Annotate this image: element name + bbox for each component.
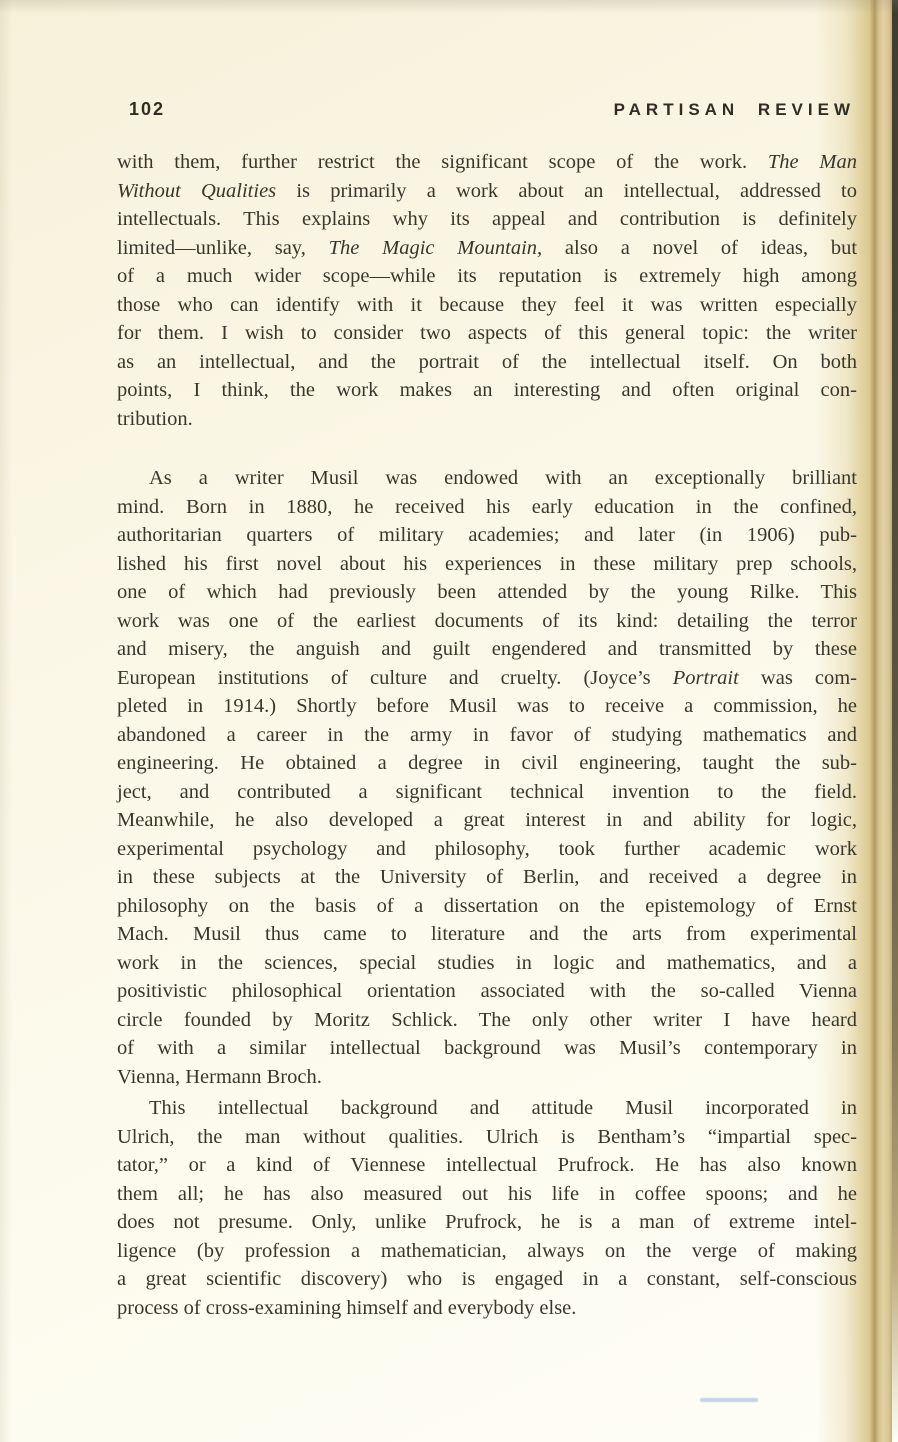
regular-text: experimental psychology and philosophy, … xyxy=(117,838,857,860)
text-line: intellectuals. This explains why its app… xyxy=(117,205,857,234)
book-edge-dark-strip xyxy=(892,0,898,1442)
paragraph: with them, further restrict the signific… xyxy=(117,148,857,433)
regular-text: limited—unlike, say, xyxy=(117,237,329,259)
page-number: 102 xyxy=(117,99,165,120)
paragraph: As a writer Musil was endowed with an ex… xyxy=(117,464,857,1091)
article-text: with them, further restrict the signific… xyxy=(117,148,857,1322)
italic-text: Portrait xyxy=(673,667,739,689)
regular-text: points, I think, the work makes an inter… xyxy=(117,379,857,401)
text-line: does not presume. Only, unlike Prufrock,… xyxy=(117,1208,857,1237)
regular-text: of a much wider scope—while its reputati… xyxy=(117,265,857,287)
text-line: positivistic philosophical orientation a… xyxy=(117,977,857,1006)
text-line: This intellectual background and attitud… xyxy=(117,1094,857,1123)
regular-text: Meanwhile, he also developed a great int… xyxy=(117,809,857,831)
text-line: Vienna, Hermann Broch. xyxy=(117,1063,857,1092)
regular-text: As a writer Musil was endowed with an ex… xyxy=(149,467,857,489)
regular-text: in these subjects at the University of B… xyxy=(117,866,857,888)
regular-text: a great scientific discovery) who is eng… xyxy=(117,1268,857,1290)
text-line: tator,” or a kind of Viennese intellectu… xyxy=(117,1151,857,1180)
regular-text: mind. Born in 1880, he received his earl… xyxy=(117,496,857,518)
regular-text: was com- xyxy=(739,667,857,689)
regular-text: This intellectual background and attitud… xyxy=(149,1097,857,1119)
regular-text: is primarily a work about an intellectua… xyxy=(276,180,857,202)
regular-text: European institutions of culture and cru… xyxy=(117,667,673,689)
text-line: engineering. He obtained a degree in civ… xyxy=(117,749,857,778)
text-line: ligence (by profession a mathematician, … xyxy=(117,1237,857,1266)
regular-text: work in the sciences, special studies in… xyxy=(117,952,857,974)
regular-text: intellectuals. This explains why its app… xyxy=(117,208,857,230)
regular-text: authoritarian quarters of military acade… xyxy=(117,524,857,546)
regular-text: pleted in 1914.) Shortly before Musil wa… xyxy=(117,695,857,717)
text-line: abandoned a career in the army in favor … xyxy=(117,721,857,750)
text-line: Without Qualities is primarily a work ab… xyxy=(117,177,857,206)
regular-text: work was one of the earliest documents o… xyxy=(117,610,857,632)
page-edge-band xyxy=(870,0,892,1442)
scan-left-shadow xyxy=(0,0,12,1442)
journal-title: PARTISAN REVIEW xyxy=(614,100,855,120)
text-line: and misery, the anguish and guilt engend… xyxy=(117,635,857,664)
regular-text: circle founded by Moritz Schlick. The on… xyxy=(117,1009,857,1031)
text-line: them all; he has also measured out his l… xyxy=(117,1180,857,1209)
text-line: points, I think, the work makes an inter… xyxy=(117,376,857,405)
regular-text: ligence (by profession a mathematician, … xyxy=(117,1240,857,1262)
text-line: circle founded by Moritz Schlick. The on… xyxy=(117,1006,857,1035)
text-line: work was one of the earliest documents o… xyxy=(117,607,857,636)
regular-text: engineering. He obtained a degree in civ… xyxy=(117,752,857,774)
text-line: Meanwhile, he also developed a great int… xyxy=(117,806,857,835)
scan-top-shadow xyxy=(0,0,898,14)
text-line: of with a similar intellectual backgroun… xyxy=(117,1034,857,1063)
text-line: as an intellectual, and the portrait of … xyxy=(117,348,857,377)
regular-text: Ulrich, the man without qualities. Ulric… xyxy=(117,1126,857,1148)
regular-text: tator,” or a kind of Viennese intellectu… xyxy=(117,1154,857,1176)
text-line: process of cross-examining himself and e… xyxy=(117,1294,857,1323)
text-line: experimental psychology and philosophy, … xyxy=(117,835,857,864)
text-line: lished his first novel about his experie… xyxy=(117,550,857,579)
text-line: ject, and contributed a significant tech… xyxy=(117,778,857,807)
regular-text: positivistic philosophical orientation a… xyxy=(117,980,857,1002)
text-line: those who can identify with it because t… xyxy=(117,291,857,320)
regular-text: ject, and contributed a significant tech… xyxy=(117,781,857,803)
regular-text: of with a similar intellectual backgroun… xyxy=(117,1037,857,1059)
regular-text: abandoned a career in the army in favor … xyxy=(117,724,857,746)
text-line: with them, further restrict the signific… xyxy=(117,148,857,177)
text-line: work in the sciences, special studies in… xyxy=(117,949,857,978)
text-line: pleted in 1914.) Shortly before Musil wa… xyxy=(117,692,857,721)
text-line: limited—unlike, say, The Magic Mountain,… xyxy=(117,234,857,263)
text-line: Mach. Musil thus came to literature and … xyxy=(117,920,857,949)
text-line: a great scientific discovery) who is eng… xyxy=(117,1265,857,1294)
regular-text: with them, further restrict the signific… xyxy=(117,151,768,173)
regular-text: Mach. Musil thus came to literature and … xyxy=(117,923,857,945)
italic-text: The Magic Mountain, xyxy=(329,237,543,259)
regular-text: also a novel of ideas, but xyxy=(542,237,857,259)
regular-text: one of which had previously been attende… xyxy=(117,581,857,603)
text-line: tribution. xyxy=(117,405,857,434)
regular-text: philosophy on the basis of a dissertatio… xyxy=(117,895,857,917)
text-line: mind. Born in 1880, he received his earl… xyxy=(117,493,857,522)
page-header: 102 PARTISAN REVIEW xyxy=(117,99,855,120)
regular-text: process of cross-examining himself and e… xyxy=(117,1297,576,1319)
text-line: of a much wider scope—while its reputati… xyxy=(117,262,857,291)
text-line: for them. I wish to consider two aspects… xyxy=(117,319,857,348)
text-line: As a writer Musil was endowed with an ex… xyxy=(117,464,857,493)
regular-text: and misery, the anguish and guilt engend… xyxy=(117,638,857,660)
scanned-page: 102 PARTISAN REVIEW with them, further r… xyxy=(0,0,898,1442)
italic-text: Without Qualities xyxy=(117,180,276,202)
regular-text: tribution. xyxy=(117,408,193,430)
text-line: one of which had previously been attende… xyxy=(117,578,857,607)
text-line: Ulrich, the man without qualities. Ulric… xyxy=(117,1123,857,1152)
text-line: in these subjects at the University of B… xyxy=(117,863,857,892)
text-line: philosophy on the basis of a dissertatio… xyxy=(117,892,857,921)
regular-text: lished his first novel about his experie… xyxy=(117,553,857,575)
text-line: authoritarian quarters of military acade… xyxy=(117,521,857,550)
regular-text: Vienna, Hermann Broch. xyxy=(117,1066,322,1088)
italic-text: The Man xyxy=(768,151,857,173)
text-line: European institutions of culture and cru… xyxy=(117,664,857,693)
regular-text: does not presume. Only, unlike Prufrock,… xyxy=(117,1211,857,1233)
regular-text: as an intellectual, and the portrait of … xyxy=(117,351,857,373)
regular-text: for them. I wish to consider two aspects… xyxy=(117,322,857,344)
paragraph: This intellectual background and attitud… xyxy=(117,1094,857,1322)
regular-text: them all; he has also measured out his l… xyxy=(117,1183,857,1205)
scan-artifact-mark xyxy=(700,1398,758,1402)
regular-text: those who can identify with it because t… xyxy=(117,294,857,316)
